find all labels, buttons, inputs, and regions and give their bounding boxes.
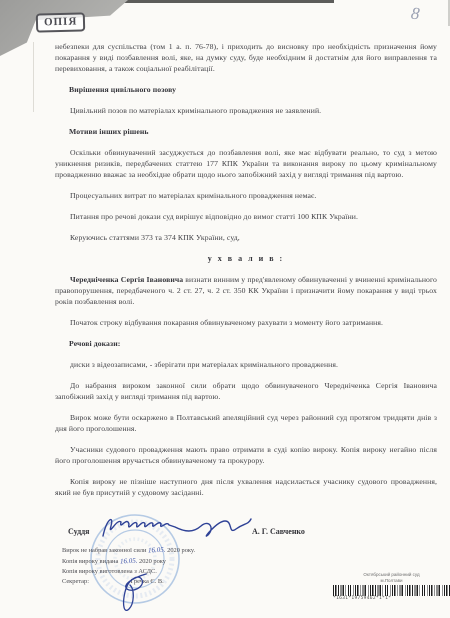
secretary-signature	[112, 568, 164, 616]
document-paragraph: Копія вироку не пізніше наступного дня п…	[55, 476, 437, 498]
document-paragraph: Початок строку відбування покарання обви…	[55, 317, 437, 328]
handwritten-date: 16.05.	[120, 556, 138, 567]
document-body: небезпеки для суспільства (том 1 а. п. 7…	[55, 41, 437, 508]
document-paragraph: небезпеки для суспільства (том 1 а. п. 7…	[55, 41, 437, 74]
document-paragraph: Питання про речові докази суд вирішує ві…	[55, 211, 437, 222]
barcode	[333, 585, 450, 596]
document-paragraph: Оскільки обвинувачений засуджується до п…	[55, 147, 437, 180]
sticker-court-city: м.Полтави	[339, 579, 444, 584]
section-heading-evidence: Речові докази:	[69, 338, 437, 349]
copy-stamp: ОПІЯ	[36, 12, 86, 32]
handwritten-date: 16.05.	[148, 545, 166, 556]
defendant-name: Чередніченка Сергія Івановича	[70, 275, 183, 284]
ruling-heading: у х в а л и в :	[55, 253, 437, 264]
note-not-in-force: Вирок не набрав законної сили 16.05. 202…	[62, 545, 292, 556]
barcode-number: *1631*19759462*1*1*	[333, 596, 450, 601]
document-paragraph: Процесуальних витрат по матеріалах кримі…	[55, 190, 437, 201]
document-paragraph: До набрання вироком законної сили обрати…	[55, 380, 437, 402]
page-number: 8	[410, 4, 421, 25]
document-paragraph: диски з відеозаписами, - зберігати при м…	[55, 359, 437, 370]
document-paragraph: Керуючись статтями 373 та 374 КПК Україн…	[55, 232, 437, 243]
judge-signature	[95, 508, 255, 546]
secretary-role-label: Секретар:	[62, 578, 89, 585]
document-paragraph: Учасники судового провадження мають прав…	[55, 444, 437, 466]
court-barcode-sticker: Октябрський районний суд м.Полтави *1631…	[333, 573, 450, 601]
judge-name: А. Г. Савченко	[252, 527, 305, 536]
section-heading-other-decisions: Мотиви інших рішень	[69, 126, 437, 137]
service-notes: Вирок не набрав законної сили 16.05. 202…	[62, 545, 292, 587]
document-page: ОПІЯ 8 небезпеки для суспільства (том 1 …	[0, 0, 450, 618]
paper-fold-line	[33, 42, 34, 112]
note-copy-issued: Копія вироку видана 16.05. 2020 року	[62, 556, 292, 567]
document-paragraph: Цивільний позов по матеріалах кримінальн…	[55, 105, 437, 116]
note-secretary: Секретар: Гречка Є. В.	[62, 577, 292, 587]
section-heading-civil-claim: Вирішення цивільного позову	[69, 84, 437, 95]
verdict-paragraph: Чередніченка Сергія Івановича визнати ви…	[55, 274, 437, 307]
note-copy-made: Копія вироку виготовлена з АСДС.	[62, 567, 292, 577]
document-paragraph: Вирок може бути оскаржено в Полтавський …	[55, 412, 437, 434]
judge-role-label: Суддя	[68, 527, 90, 536]
